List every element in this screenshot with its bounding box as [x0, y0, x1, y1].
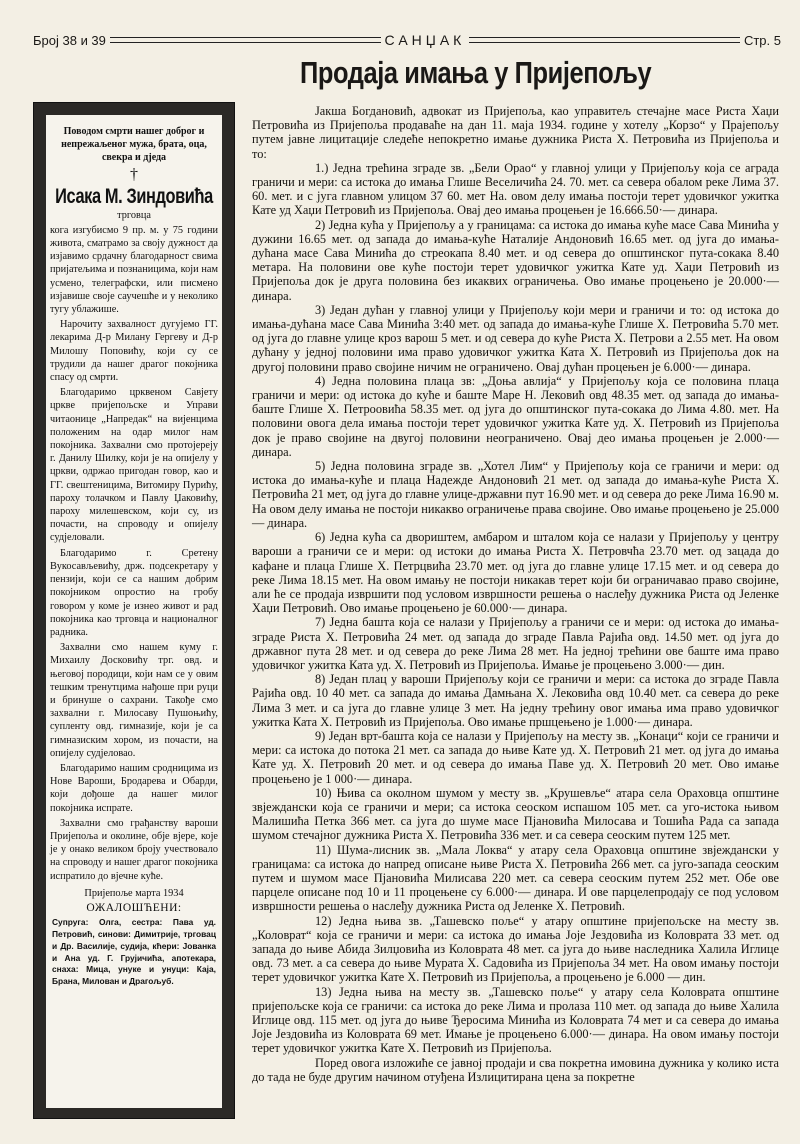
property-item: 11) Шума-лисник зв. „Мала Локва“ у атару…	[252, 843, 779, 914]
deceased-name: Исака М. Зиндовића	[53, 185, 215, 209]
property-item: 10) Њива са околном шумом у месту зв. „К…	[252, 786, 779, 843]
article-title: Продаја имања у Пријепољу	[300, 55, 685, 91]
page-header: Број 38 и 39 САНЏАК Стр. 5	[33, 29, 781, 51]
property-item: 6) Једна кућа са двориштем, амбаром и шт…	[252, 530, 779, 615]
property-item: 5) Једна половина зграде зв. „Хотел Лим“…	[252, 459, 779, 530]
article-intro: Јакша Богдановић, адвокат из Пријепоља, …	[252, 104, 779, 161]
header-rule-right	[469, 37, 740, 43]
obituary-paragraph: Благодаримо црквеном Савјету цркве прије…	[50, 386, 218, 544]
issue-number: Број 38 и 39	[33, 33, 106, 48]
property-item: 4) Једна половина плаца зв: „Доња авлија…	[252, 374, 779, 459]
obituary-content: Поводом смрти нашег доброг и непрежаљено…	[46, 115, 222, 1108]
deceased-occupation: трговца	[50, 209, 218, 222]
obituary-paragraph: кога изгубисмо 9 пр. м. у 75 години живо…	[50, 224, 218, 316]
property-item: 12) Једна њива зв. „Ташевско поље“ у ата…	[252, 914, 779, 985]
article-closing: Поред овога изложиће се јавној продаји и…	[252, 1056, 779, 1084]
obituary-paragraph: Благодаримо г. Сретену Вукосављевићу, др…	[50, 547, 218, 639]
property-item: 1.) Једна трећина зграде зв. „Бели Орао“…	[252, 161, 779, 218]
cross-icon: †	[50, 167, 218, 183]
obituary-place-date: Пријепоље марта 1934	[50, 887, 218, 900]
obituary-paragraph: Нарочиту захвалност дугујемо ГГ. лекарим…	[50, 318, 218, 384]
obituary-paragraph: Захвални смо грађанству вароши Пријепоља…	[50, 817, 218, 883]
obituary-paragraph: Захвални смо нашем куму г. Михаилу Доско…	[50, 641, 218, 760]
newspaper-masthead: САНЏАК	[385, 32, 466, 48]
article-body: Јакша Богдановић, адвокат из Пријепоља, …	[252, 104, 779, 1084]
header-rule-left	[110, 37, 381, 43]
property-item: 7) Једна башта која се налази у Пријепољ…	[252, 615, 779, 672]
property-item: 2) Једна кућа у Пријепољу а у границама:…	[252, 218, 779, 303]
page-number: Стр. 5	[744, 33, 781, 48]
mourners-heading: ОЖАЛОШЋЕНИ:	[50, 902, 218, 915]
property-item: 9) Један врт-башта која се налази у Приј…	[252, 729, 779, 786]
obituary-box: Поводом смрти нашег доброг и непрежаљено…	[33, 102, 235, 1119]
obituary-intro: Поводом смрти нашег доброг и непрежаљено…	[50, 125, 218, 165]
obituary-paragraph: Благодаримо нашим сродницима из Нове Вар…	[50, 762, 218, 815]
property-item: 8) Један плац у вароши Пријепољу који се…	[252, 672, 779, 729]
mourners-list: Супруга: Олга, сестра: Пава уд. Петровић…	[50, 917, 218, 988]
property-item: 13) Једна њива на месту зв. „Ташевско по…	[252, 985, 779, 1056]
property-item: 3) Један дућан у главној улици у Пријепо…	[252, 303, 779, 374]
